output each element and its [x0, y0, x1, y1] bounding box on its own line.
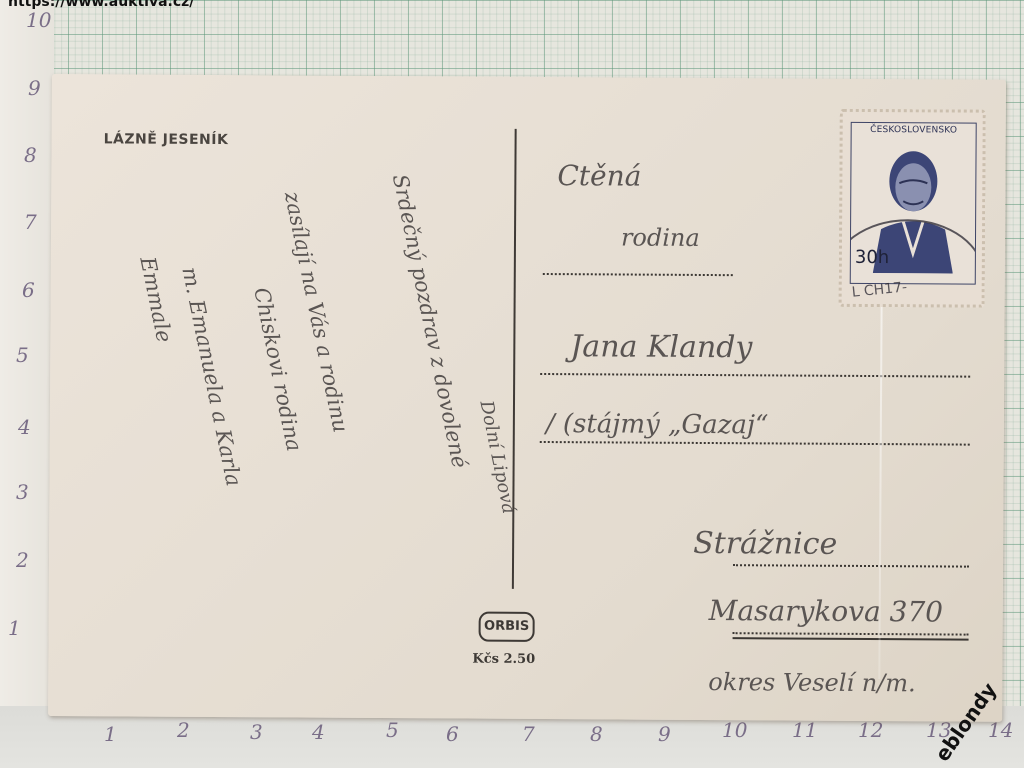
address-dotted-line — [540, 441, 970, 446]
ruler-left-6: 6 — [22, 278, 35, 302]
stamp-frame: ČESKOSLOVENSKO 30h — [850, 122, 977, 285]
ruler-bottom-6: 6 — [446, 722, 459, 746]
address-dotted-line — [733, 564, 969, 567]
ruler-left-8: 8 — [24, 143, 37, 167]
ruler-left-4: 4 — [18, 415, 31, 439]
ruler-left-2: 2 — [16, 548, 29, 572]
address-dotted-line — [543, 273, 733, 276]
ruler-bottom-4: 4 — [312, 720, 325, 744]
postcard-price: Kčs 2.50 — [472, 652, 535, 667]
stamp-country: ČESKOSLOVENSKO — [852, 125, 976, 136]
ruler-bottom-11: 11 — [792, 718, 817, 742]
message-line: Srdečný pozdrav z dovolené — [388, 172, 472, 470]
message-line: m. Emanuela a Karla — [177, 265, 246, 488]
address-double-line — [733, 632, 969, 640]
ruler-bottom-12: 12 — [858, 718, 883, 742]
ruler-bottom-3: 3 — [250, 720, 263, 744]
ruler-bottom-1: 1 — [104, 722, 117, 746]
ruler-bottom-5: 5 — [386, 718, 399, 742]
ruler-bottom-2: 2 — [177, 718, 190, 742]
address-salutation: Ctěná — [557, 159, 641, 193]
ruler-bottom-10: 10 — [722, 718, 747, 742]
ruler-left-1: 1 — [8, 616, 21, 640]
postcard-printed-title: LÁZNĚ JESENÍK — [104, 131, 229, 148]
address-name: Jana Klandy — [570, 329, 752, 365]
ruler-bottom-7: 7 — [522, 722, 535, 746]
ruler-left-10: 10 — [26, 8, 51, 32]
ruler-left-5: 5 — [16, 343, 29, 367]
address-city: Strážnice — [693, 526, 837, 562]
white-paper-strip — [0, 0, 54, 768]
address-line-rodina: rodina — [621, 223, 700, 251]
orbis-publisher-logo: ORBIS — [479, 612, 535, 642]
postcard: LÁZNĚ JESENÍK Srdečný pozdrav z dovolené… — [48, 74, 1006, 722]
address-district: okres Veselí n/m. — [708, 668, 916, 697]
ruler-bottom-9: 9 — [658, 722, 671, 746]
postage-stamp: ČESKOSLOVENSKO 30h L CH17- — [839, 109, 986, 308]
postmark-circle — [850, 219, 977, 285]
ruler-left-7: 7 — [24, 210, 37, 234]
message-line: Chiskovi rodina — [249, 285, 306, 453]
ruler-left-3: 3 — [16, 480, 29, 504]
ruler-left-9: 9 — [28, 76, 41, 100]
address-dotted-line — [540, 373, 970, 378]
ruler-bottom-8: 8 — [590, 722, 603, 746]
address-subline: / (stájmý „Gazaj“ — [546, 409, 769, 440]
postcard-divider-line — [512, 129, 517, 589]
message-line: Emmale — [135, 255, 176, 345]
address-street: Masarykova 370 — [709, 594, 944, 628]
